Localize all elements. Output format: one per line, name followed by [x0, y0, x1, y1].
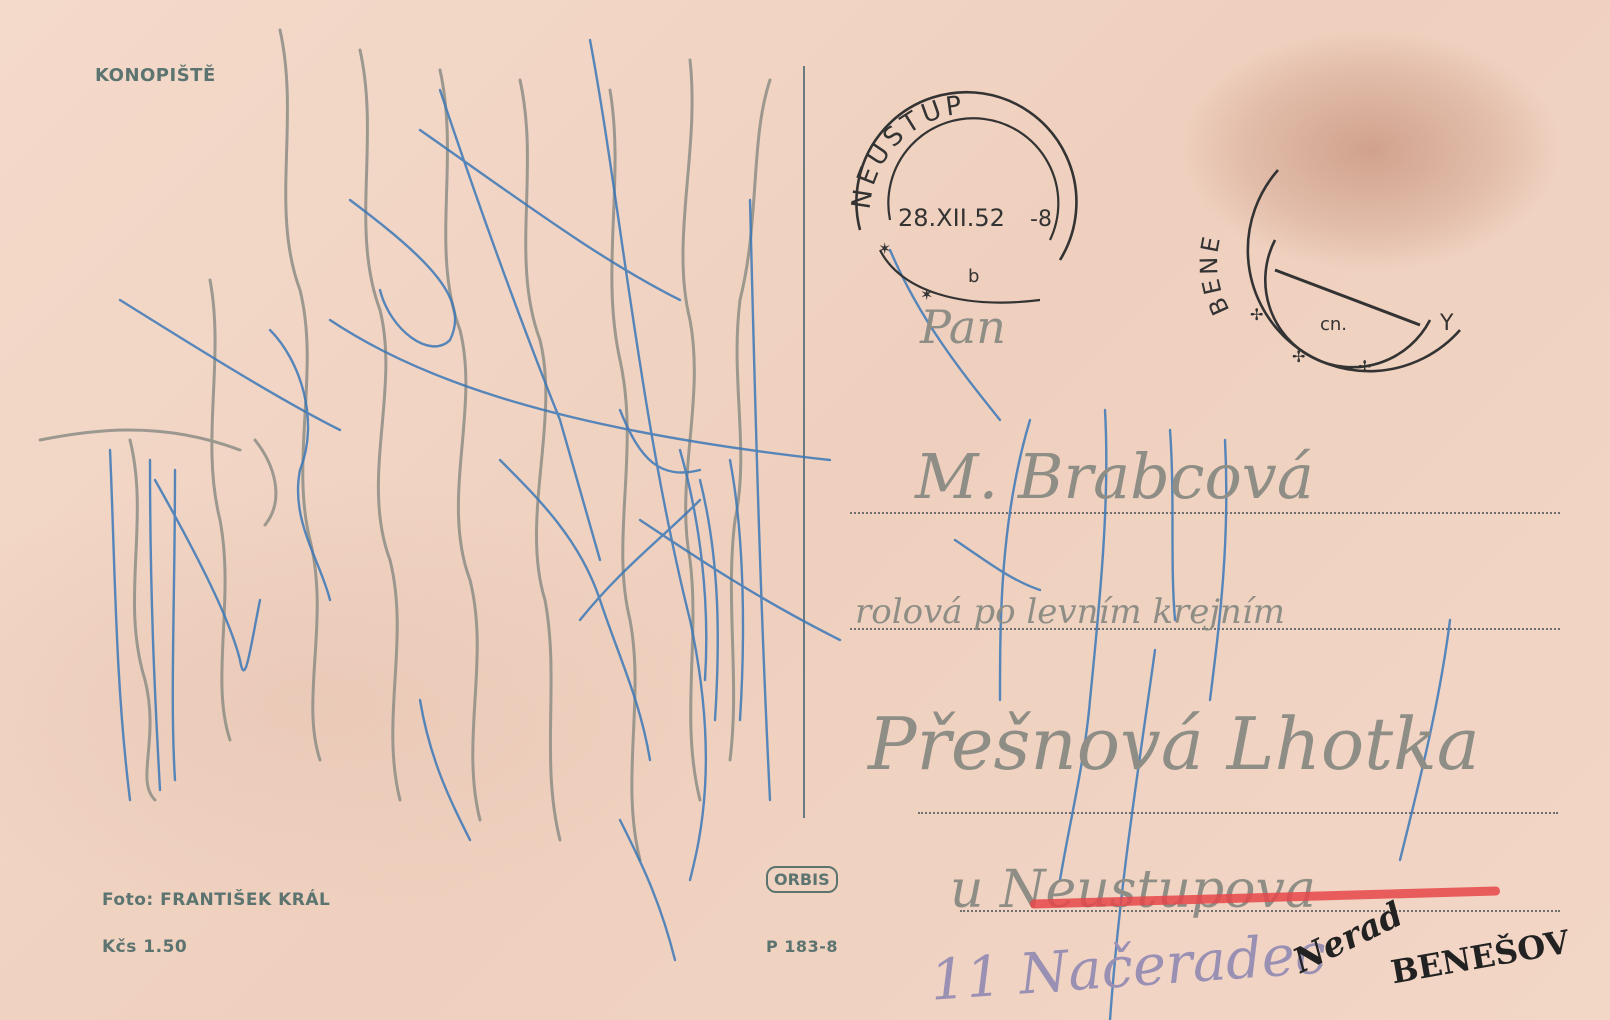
address-town: Přešnová Lhotka [868, 702, 1480, 786]
svg-text:✢: ✢ [1250, 305, 1263, 324]
svg-text:BENE: BENE [1195, 232, 1235, 320]
address-recipient: M. Brabcová [915, 440, 1314, 513]
price-label: Kčs 1.50 [102, 937, 187, 957]
svg-text:cn.: cn. [1320, 314, 1347, 335]
svg-text:Y: Y [1439, 311, 1454, 336]
svg-text:✢: ✢ [1358, 357, 1371, 376]
address-salutation: Pan [920, 300, 1006, 354]
svg-text:✢: ✢ [1292, 347, 1305, 366]
postcard-back: KONOPIŠTĚ [0, 0, 1610, 1020]
publisher-logo: ORBIS [766, 866, 838, 893]
address-line2: rolová po levním krejním [855, 592, 1285, 632]
catalog-code: P 183-8 [766, 937, 838, 956]
photo-credit: Foto: FRANTIŠEK KRÁL [102, 890, 330, 910]
address-post-office: u Neustupova [950, 860, 1316, 920]
